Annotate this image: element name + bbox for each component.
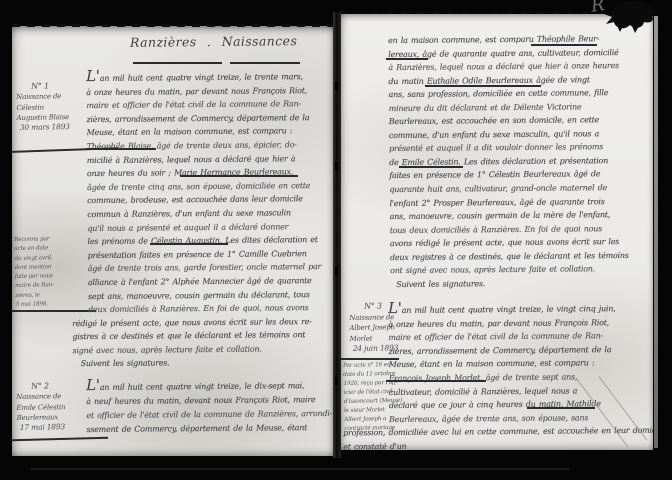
- manuscript-line: maire de Ran-: [15, 282, 54, 292]
- manuscript-line: acte en date: [14, 244, 53, 254]
- stitch-mark: [335, 82, 338, 90]
- act2-margin-note: N° 2Naissance deEmile CélestinBeurlereau…: [16, 381, 66, 433]
- manuscript-line: à Ranzières, lequel nous a déclaré que h…: [388, 59, 650, 75]
- act2-body-text: L'an mil huit cent quatre vingt treize, …: [86, 376, 333, 437]
- manuscript-line: L'an mil huit cent quatre vingt treize, …: [86, 68, 333, 86]
- manuscript-line: Suivent les signatures.: [396, 276, 652, 292]
- underline-stroke: [86, 148, 156, 150]
- manuscript-line: L'an mil huit cent quatre vingt treize, …: [86, 376, 333, 395]
- stitch-mark: [335, 162, 338, 170]
- underline-stroke: [133, 62, 222, 64]
- underline-stroke: [150, 243, 228, 245]
- underline-stroke: [180, 175, 298, 177]
- manuscript-line: 3 mai 1898.: [15, 300, 54, 310]
- scan-streak: [30, 468, 570, 470]
- manuscript-line: zières, arrondissement de Commercy, dépa…: [388, 342, 650, 358]
- underline-stroke: [531, 44, 597, 46]
- underline-stroke: [425, 85, 541, 87]
- manuscript-line: L'an mil huit cent quatre vingt treize, …: [388, 300, 650, 318]
- manuscript-line: alliance à l'enfant 2° Alphée Mannecier …: [88, 274, 333, 290]
- underline-stroke: [12, 310, 96, 312]
- manuscript-line: Suivent les signatures.: [81, 355, 333, 371]
- stitch-mark: [335, 267, 338, 275]
- underline-stroke: [386, 58, 428, 60]
- underline-stroke: [386, 380, 486, 382]
- act1-marginal-mention: Reconnu paracte en datedu vingt avril,do…: [14, 235, 54, 310]
- manuscript-line: Naissance de: [16, 391, 65, 402]
- page-edge-speckle: [12, 24, 333, 27]
- manuscript-line: et constaté d'un: [343, 438, 651, 450]
- page-title: Ranzières . Naissances: [130, 33, 297, 50]
- underline-stroke: [527, 407, 595, 409]
- manuscript-line: Théophile Blaise, âgé de trente deux ans…: [87, 138, 333, 154]
- scanned-register-spread: Ranzières . Naissances N° 1Naissance deC…: [0, 0, 672, 480]
- underline-stroke: [230, 62, 300, 64]
- register-left-page: Ranzières . Naissances N° 1Naissance deC…: [12, 26, 333, 456]
- book-binding-fold: [333, 12, 341, 458]
- manuscript-line: profession, domiciliée avec lui en cette…: [343, 424, 651, 440]
- act1-body-text: L'an mil huit cent quatre vingt treize, …: [86, 68, 333, 371]
- underline-stroke: [12, 437, 108, 441]
- manuscript-line: 17 mai 1893: [17, 422, 66, 433]
- underline-stroke: [399, 166, 463, 168]
- act2-continuation-text: en la maison commune, est comparu Théoph…: [388, 32, 652, 292]
- manuscript-line: ssement de Commercy, département de la M…: [86, 421, 333, 437]
- manuscript-line: deux registres à ce destinés, que le déc…: [390, 248, 652, 264]
- manuscript-line: commune, brodeuse, est accouchée dans le…: [87, 192, 333, 208]
- manuscript-line: gistres à ce destinés et que le déclaran…: [72, 328, 333, 344]
- next-page-edge: [654, 16, 658, 448]
- ink-stain: [602, 0, 660, 34]
- manuscript-line: Emile Célestin: [16, 402, 65, 413]
- act1-margin-note: N° 1Naissance deCélestinAugustin Blaise3…: [16, 81, 70, 133]
- manuscript-line: 30 mars 1893: [17, 122, 70, 133]
- register-right-page: en la maison commune, est comparu Théoph…: [341, 14, 653, 450]
- stitch-mark: [335, 377, 338, 385]
- manuscript-line: zières, arrondissement de Commercy, dépa…: [86, 111, 333, 127]
